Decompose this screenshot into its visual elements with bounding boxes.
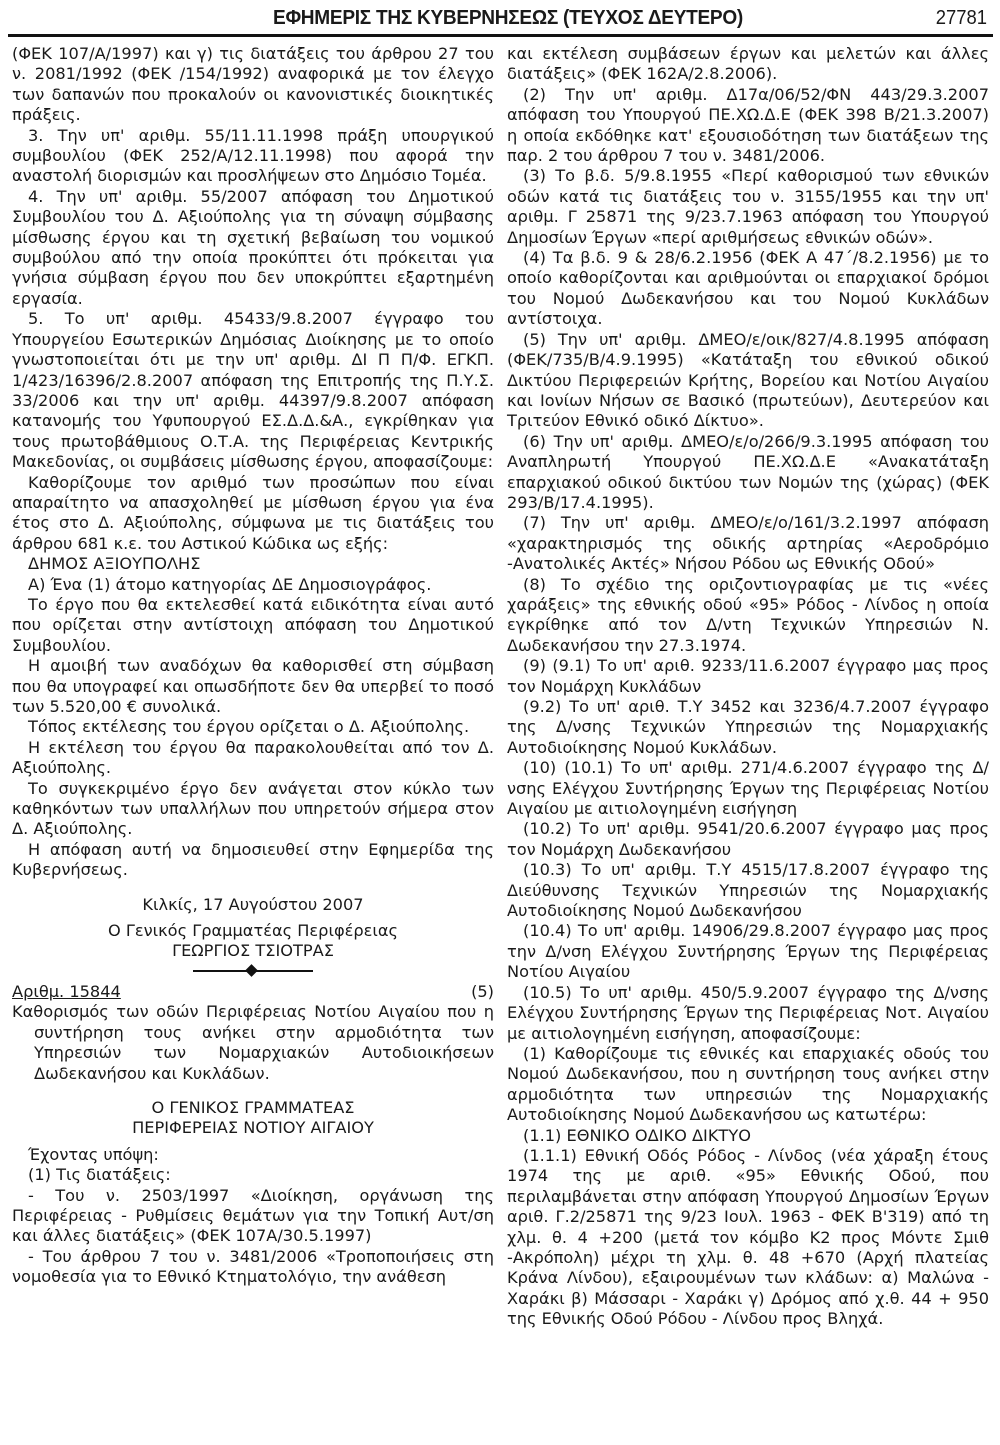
paragraph: (10.4) Το υπ' αριθμ. 14906/29.8.2007 έγγ… — [507, 921, 989, 982]
paragraph: 5. Το υπ' αριθμ. 45433/9.8.2007 έγγραφο … — [12, 309, 494, 472]
paragraph: (1.1.1) Εθνική Οδός Ρόδος - Λίνδος (νέα … — [507, 1146, 989, 1330]
signature-place-date: Κιλκίς, 17 Αυγούστου 2007 — [12, 895, 494, 915]
paragraph: (10.3) Το υπ' αριθμ. Τ.Υ 4515/17.8.2007 … — [507, 860, 989, 921]
paragraph: (9) (9.1) Το υπ' αριθ. 9233/11.6.2007 έγ… — [507, 656, 989, 697]
page-number: 27781 — [936, 6, 987, 30]
paragraph: (2) Την υπ' αριθμ. Δ17α/06/52/ΦΝ 443/29.… — [507, 85, 989, 167]
right-column: και εκτέλεση συμβάσεων έργων και μελετών… — [507, 44, 989, 1330]
header-rule — [8, 34, 993, 37]
paragraph: Το συγκεκριμένο έργο δεν ανάγεται στον κ… — [12, 779, 494, 840]
paragraph: (9.2) Το υπ' αριθ. Τ.Υ 3452 και 3236/4.7… — [507, 697, 989, 758]
paragraph: (6) Την υπ' αριθμ. ΔΜΕΟ/ε/ο/266/9.3.1995… — [507, 432, 989, 514]
paragraph: (7) Την υπ' αριθμ. ΔΜΕΟ/ε/ο/161/3.2.1997… — [507, 513, 989, 574]
paragraph: (3) Το β.δ. 5/9.8.1955 «Περί καθορισμού … — [507, 166, 989, 248]
paragraph: (1) Τις διατάξεις: — [12, 1165, 494, 1185]
decision-header: Αριθμ. 15844 (5) — [12, 982, 494, 1002]
paragraph: Τόπος εκτέλεσης του έργου ορίζεται ο Δ. … — [12, 717, 494, 737]
paragraph: και εκτέλεση συμβάσεων έργων και μελετών… — [507, 44, 989, 85]
paragraph: 3. Την υπ' αριθμ. 55/11.11.1998 πράξη υπ… — [12, 126, 494, 187]
paragraph: - Του άρθρου 7 του ν. 3481/2006 «Τροποπο… — [12, 1247, 494, 1288]
subsection-heading: (1.1) ΕΘΝΙΚΟ ΟΔΙΚΟ ΔΙΚΤΥΟ — [507, 1126, 989, 1146]
paragraph: Η απόφαση αυτή να δημοσιευθεί στην Εφημε… — [12, 840, 494, 881]
paragraph: Το έργο που θα εκτελεσθεί κατά ειδικότητ… — [12, 595, 494, 656]
paragraph: Έχοντας υπόψη: — [12, 1145, 494, 1165]
diamond-icon — [245, 964, 258, 977]
paragraph: (1) Καθορίζουμε τις εθνικές και επαρχιακ… — [507, 1044, 989, 1126]
paragraph: 4. Την υπ' αριθμ. 55/2007 απόφαση του Δη… — [12, 187, 494, 309]
paragraph: (8) Το σχέδιο της οριζοντιογραφίας με τι… — [507, 575, 989, 657]
paragraph: (ΦΕΚ 107/Α/1997) και γ) τις διατάξεις το… — [12, 44, 494, 126]
municipality-heading: ΔΗΜΟΣ ΑΞΙΟΥΠΟΛΗΣ — [12, 554, 494, 574]
paragraph: (4) Τα β.δ. 9 & 28/6.2.1956 (ΦΕΚ Α 47΄/8… — [507, 248, 989, 330]
decision-number: Αριθμ. 15844 — [12, 982, 121, 1002]
paragraph: (5) Την υπ' αριθμ. ΔΜΕΟ/ε/οικ/827/4.8.19… — [507, 330, 989, 432]
paragraph: (10.5) Το υπ' αριθμ. 450/5.9.2007 έγγραφ… — [507, 983, 989, 1044]
paragraph: - Του ν. 2503/1997 «Διοίκηση, οργάνωση τ… — [12, 1186, 494, 1247]
page-header: ΕΦΗΜΕΡΙΣ ΤΗΣ ΚΥΒΕΡΝΗΣΕΩΣ (ΤΕΥΧΟΣ ΔΕΥΤΕΡΟ… — [8, 0, 1000, 44]
decision-title: Καθορισμός των οδών Περιφέρειας Νοτίου Α… — [12, 1002, 494, 1084]
issuer-line-1: Ο ΓΕΝΙΚΟΣ ΓΡΑΜΜΑΤΕΑΣ — [12, 1098, 494, 1118]
paragraph: Α) Ένα (1) άτομο κατηγορίας ΔΕ Δημοσιογρ… — [12, 575, 494, 595]
paragraph: Η αμοιβή των αναδόχων θα καθορισθεί στη … — [12, 656, 494, 717]
paragraph: (10) (10.1) Το υπ' αριθμ. 271/4.6.2007 έ… — [507, 758, 989, 819]
paragraph: Καθορίζουμε τον αριθμό των προσώπων που … — [12, 473, 494, 555]
left-column: (ΦΕΚ 107/Α/1997) και γ) τις διατάξεις το… — [12, 44, 494, 1288]
issuer-line-2: ΠΕΡΙΦΕΡΕΙΑΣ ΝΟΤΙΟΥ ΑΙΓΑΙΟΥ — [12, 1118, 494, 1138]
section-separator — [193, 964, 313, 978]
signature-role: Ο Γενικός Γραμματέας Περιφέρειας — [12, 921, 494, 941]
paragraph: (10.2) Το υπ' αριθμ. 9541/20.6.2007 έγγρ… — [507, 819, 989, 860]
signature-name: ΓΕΩΡΓΙΟΣ ΤΣΙΟΤΡΑΣ — [12, 941, 494, 961]
paragraph: Η εκτέλεση του έργου θα παρακολουθείται … — [12, 738, 494, 779]
gazette-title: ΕΦΗΜΕΡΙΣ ΤΗΣ ΚΥΒΕΡΝΗΣΕΩΣ (ΤΕΥΧΟΣ ΔΕΥΤΕΡΟ… — [43, 6, 973, 30]
decision-count: (5) — [471, 982, 494, 1002]
